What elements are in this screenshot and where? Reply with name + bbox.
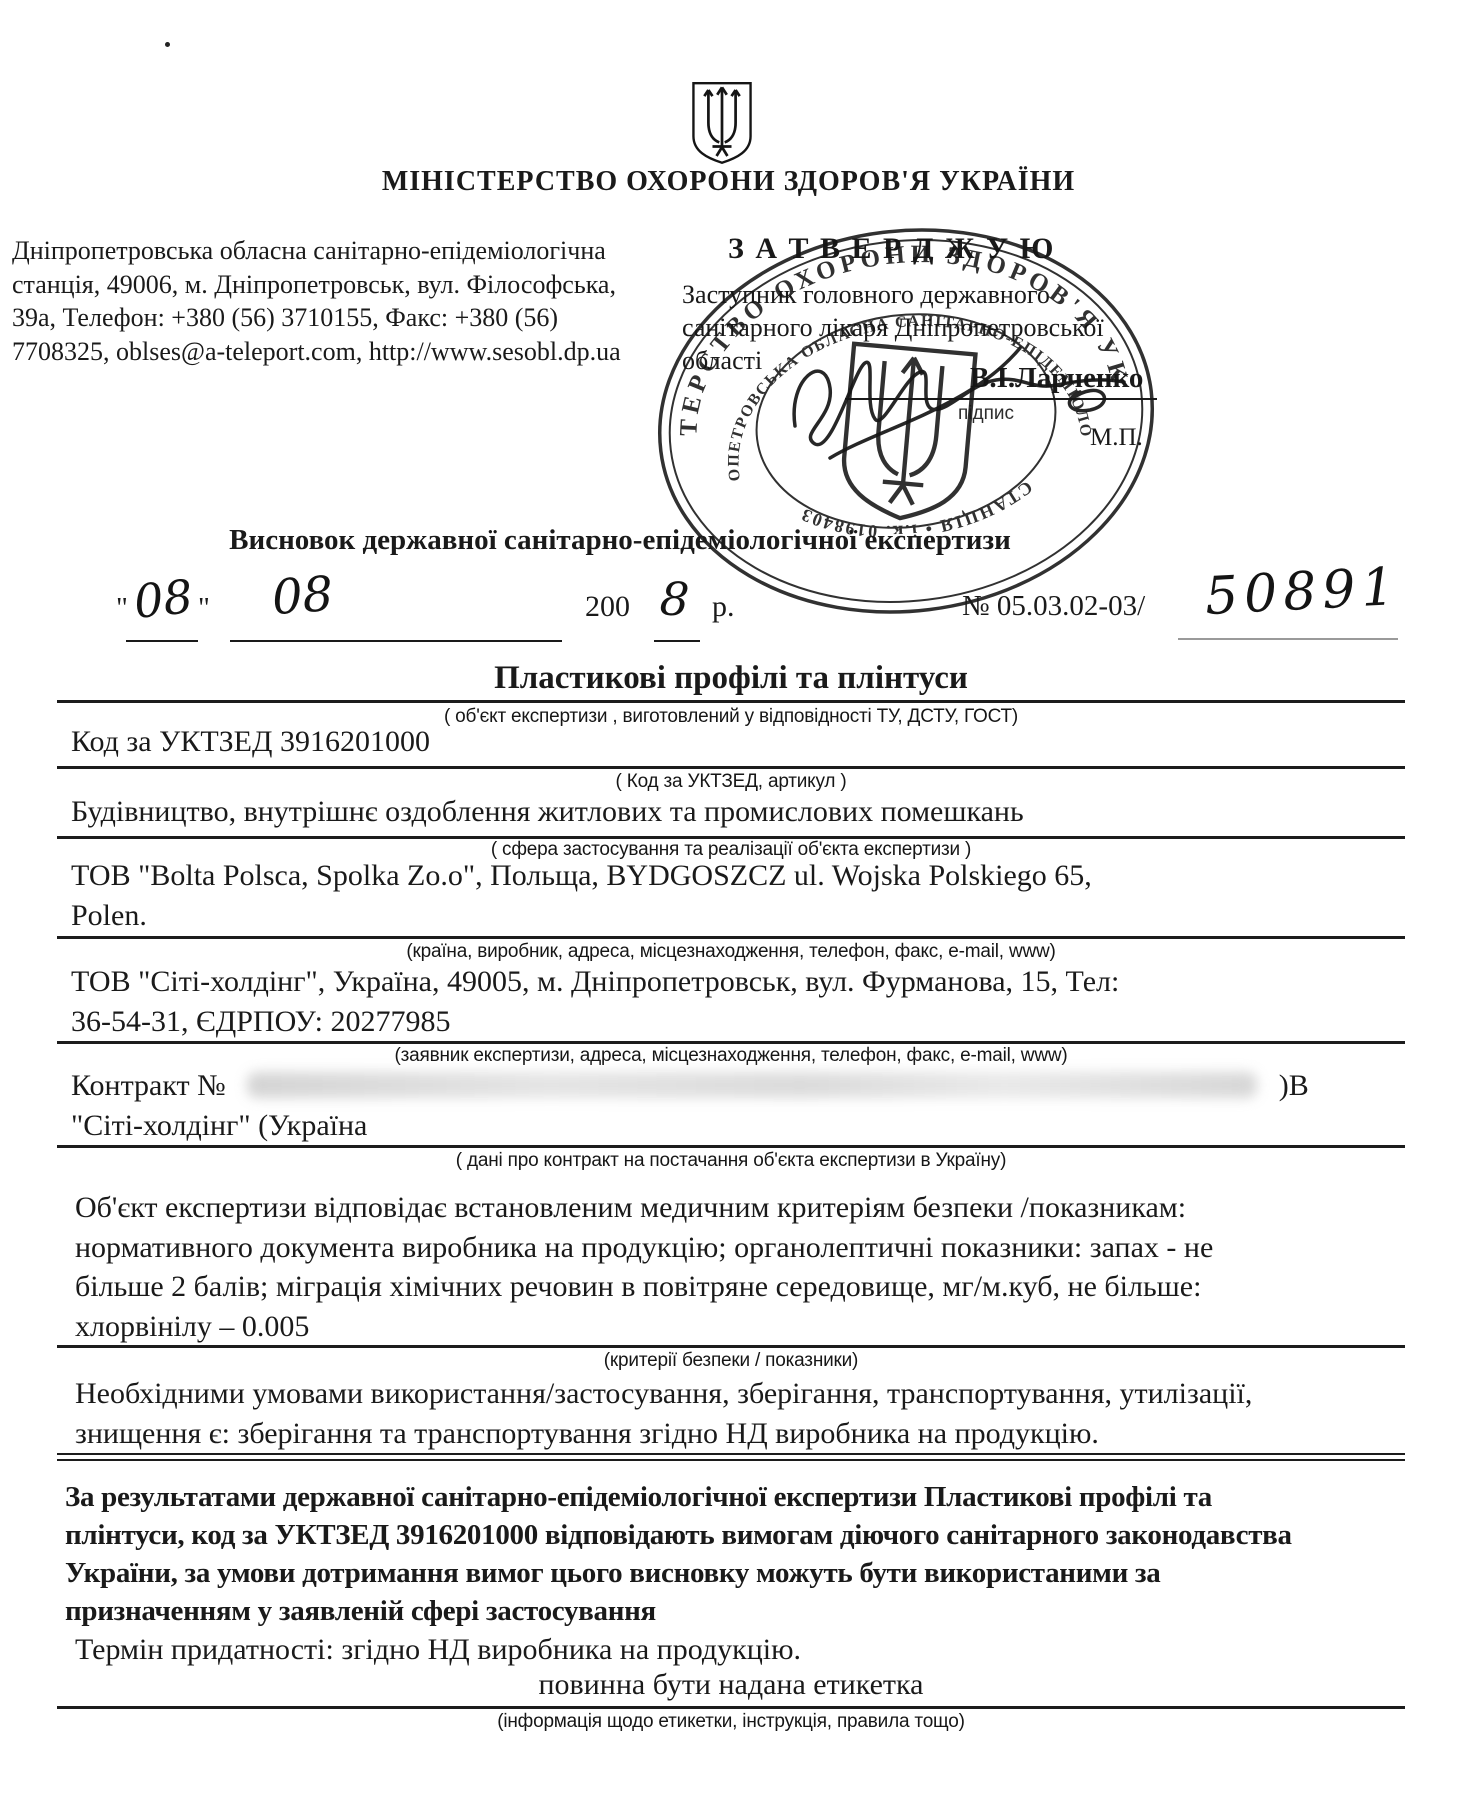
field-caption-contract: ( дані про контракт на постачання об'єкт… [57,1150,1457,1172]
divider [57,936,1405,939]
divider [57,1145,1405,1148]
field-application-sphere: Будівництво, внутрішнє оздоблення житлов… [71,792,1024,832]
field-safety-criteria: Об'єкт експертизи відповідає встановлени… [75,1188,1213,1346]
divider-double [57,1453,1405,1461]
field-caption-manufacturer: (країна, виробник, адреса, місцезнаходже… [57,941,1457,963]
document-page: МІНІСТЕРСТВО ОХОРОНИ ЗДОРОВ'Я УКРАЇНИ Дн… [0,0,1457,1799]
divider [57,700,1405,703]
contract-suffix: )В [1279,1069,1309,1102]
field-use-conditions: Необхідними умовами використання/застосу… [75,1374,1252,1454]
form-body: Пластикові профілі та плінтуси ( об'єкт … [57,0,1405,1799]
divider [57,766,1405,769]
divider [57,1345,1405,1348]
conclusion-label-note: повинна бути надана етикетка [57,1668,1457,1702]
contract-line1: Контракт № )В [71,1066,1405,1106]
contract-redacted-region [247,1072,1257,1098]
field-caption-code: ( Код за УКТЗЕД, артикул ) [57,771,1457,793]
conclusion-shelf-life: Термін придатності: згідно НД виробника … [75,1630,801,1670]
divider [57,1706,1405,1709]
field-uktzed-code: Код за УКТЗЕД 3916201000 [71,722,430,762]
field-caption-label: (інформація щодо етикетки, інструкція, п… [57,1711,1457,1733]
conclusion-statement: За результатами державної санітарно-епід… [65,1478,1413,1630]
field-manufacturer: ТОВ "Bolta Polsca, Spolka Zo.o", Польща,… [71,856,1092,936]
field-applicant: ТОВ "Сіті-холдінг", Україна, 49005, м. Д… [71,962,1119,1042]
divider [57,1041,1405,1044]
contract-prefix: Контракт № [71,1069,226,1102]
field-caption-safety: (критерії безпеки / показники) [57,1350,1457,1372]
field-contract: Контракт № )В "Сіті-холдінг" (Україна [71,1066,1405,1146]
contract-line2: "Сіті-холдінг" (Україна [71,1106,1405,1146]
field-product-name: Пластикові профілі та плінтуси [57,660,1457,697]
field-caption-applicant: (заявник експертизи, адреса, місцезнаход… [57,1045,1457,1067]
